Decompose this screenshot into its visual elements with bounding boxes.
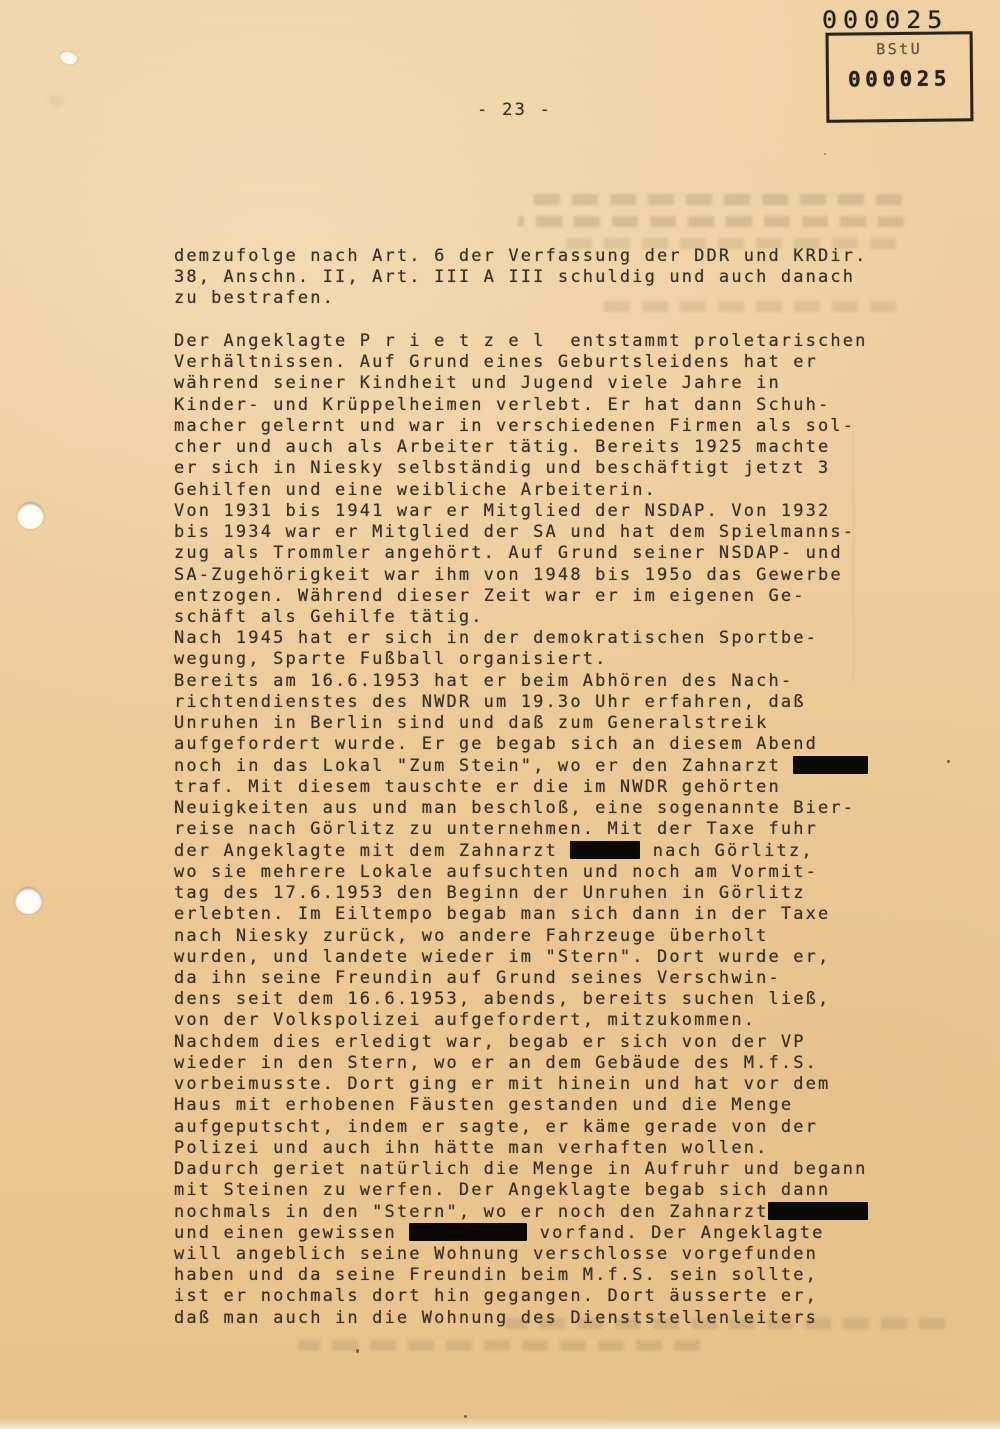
scanned-document-page: 000025 BStU 000025 - 23 - demzufolge nac… [0, 0, 1000, 1429]
text-line: Neuigkeiten aus und man beschloß, eine s… [174, 798, 894, 819]
text-segment: aufgefordert wurde. Er ge begab sich an … [174, 734, 818, 754]
text-segment: Kinder- und Krüppelheimen verlebt. Er ha… [174, 395, 830, 415]
text-line: Kinder- und Krüppelheimen verlebt. Er ha… [174, 395, 894, 416]
text-segment: entzogen. Während dieser Zeit war er im … [174, 586, 806, 606]
text-line: mit Steinen zu werfen. Der Angeklagte be… [174, 1180, 894, 1201]
text-segment: wo sie mehrere Lokale aufsuchten und noc… [174, 862, 818, 882]
text-segment: richtendienstes des NWDR um 19.3o Uhr er… [174, 692, 806, 712]
text-line: der Angeklagte mit dem Zahnarzt nach Gör… [174, 841, 894, 862]
text-segment: Verhältnissen. Auf Grund eines Geburtsle… [174, 352, 818, 372]
text-line: er sich in Niesky selbständig und beschä… [174, 458, 894, 479]
text-segment: während seiner Kindheit und Jugend viele… [174, 373, 781, 393]
text-segment: Von 1931 bis 1941 war er Mitglied der NS… [174, 501, 830, 521]
text-segment: Nachdem dies erledigt war, begab er sich… [174, 1032, 806, 1052]
text-line: nochmals in den "Stern", wo er noch den … [174, 1202, 894, 1223]
text-segment: Polizei und auch ihn hätte man verhaften… [174, 1138, 768, 1158]
text-line: dens seit dem 16.6.1953, abends, bereits… [174, 989, 894, 1010]
archive-number-stamp: 000025 [822, 6, 982, 34]
text-line: Nachdem dies erledigt war, begab er sich… [174, 1032, 894, 1053]
text-line: Haus mit erhobenen Fäusten gestanden und… [174, 1095, 894, 1116]
text-line: tag des 17.6.1953 den Beginn der Unruhen… [174, 883, 894, 904]
paper-tear [58, 49, 78, 67]
text-segment: Haus mit erhobenen Fäusten gestanden und… [174, 1095, 793, 1115]
text-line: Der Angeklagte P r i e t z e l entstammt… [174, 331, 894, 352]
text-line: SA-Zugehörigkeit war ihm von 1948 bis 19… [174, 565, 894, 586]
text-line: aufgeputscht, indem er sagte, er käme ge… [174, 1117, 894, 1138]
ink-speck [947, 760, 950, 763]
text-line: Bereits am 16.6.1953 hat er beim Abhören… [174, 671, 894, 692]
text-segment: wegung, Sparte Fußball organisiert. [174, 649, 607, 669]
text-line: erlebten. Im Eiltempo begab man sich dan… [174, 904, 894, 925]
text-line: bis 1934 war er Mitglied der SA und hat … [174, 522, 894, 543]
text-segment: Dadurch geriet natürlich die Menge in Au… [174, 1159, 868, 1179]
text-line: nach Niesky zurück, wo andere Fahrzeuge … [174, 926, 894, 947]
text-segment: bis 1934 war er Mitglied der SA und hat … [174, 522, 855, 542]
text-segment: dens seit dem 16.6.1953, abends, bereits… [174, 989, 830, 1009]
bstu-stamp-box: BStU 000025 [826, 31, 974, 123]
text-line: während seiner Kindheit und Jugend viele… [174, 373, 894, 394]
text-segment: reise nach Görlitz zu unternehmen. Mit d… [174, 819, 818, 839]
text-line: will angeblich seine Wohnung verschlosse… [174, 1244, 894, 1265]
bstu-stamp-number: 000025 [829, 66, 970, 91]
text-segment: tag des 17.6.1953 den Beginn der Unruhen… [174, 883, 806, 903]
text-line: Unruhen in Berlin sind und daß zum Gener… [174, 713, 894, 734]
text-segment: wurden, und landete wieder im "Stern". D… [174, 947, 830, 967]
text-line: Verhältnissen. Auf Grund eines Geburtsle… [174, 352, 894, 373]
text-segment: der Angeklagte mit dem Zahnarzt [174, 841, 570, 861]
text-segment: daß man auch in die Wohnung des Dienstst… [174, 1308, 818, 1328]
text-segment: demzufolge nach Art. 6 der Verfassung de… [174, 246, 868, 266]
text-line: wegung, Sparte Fußball organisiert. [174, 649, 894, 670]
hole-punch [15, 887, 42, 914]
text-line: ist er nochmals dort hin gegangen. Dort … [174, 1286, 894, 1307]
text-line: haben und da seine Freundin beim M.f.S. … [174, 1265, 894, 1286]
text-line: schäft als Gehilfe tätig. [174, 607, 894, 628]
redaction-bar [409, 1223, 527, 1241]
text-segment: zug als Trommler angehört. Auf Grund sei… [174, 543, 843, 563]
text-line: wurden, und landete wieder im "Stern". D… [174, 947, 894, 968]
text-line: von der Volkspolizei aufgefordert, mitzu… [174, 1010, 894, 1031]
text-segment: nach Görlitz, [640, 841, 813, 861]
text-segment: mit Steinen zu werfen. Der Angeklagte be… [174, 1180, 830, 1200]
text-segment: Neuigkeiten aus und man beschloß, eine s… [174, 798, 855, 818]
text-line: Gehilfen und eine weibliche Arbeiterin. [174, 480, 894, 501]
text-line: zug als Trommler angehört. Auf Grund sei… [174, 543, 894, 564]
redaction-bar [793, 756, 868, 774]
text-line: Nach 1945 hat er sich in der demokratisc… [174, 628, 894, 649]
text-segment: vorfand. Der Angeklagte [527, 1223, 824, 1243]
text-segment: noch in das Lokal "Zum Stein", wo er den… [174, 756, 793, 776]
text-line: richtendienstes des NWDR um 19.3o Uhr er… [174, 692, 894, 713]
text-line: Polizei und auch ihn hätte man verhaften… [174, 1138, 894, 1159]
text-segment: aufgeputscht, indem er sagte, er käme ge… [174, 1117, 818, 1137]
hole-punch [17, 502, 44, 529]
text-segment: ist er nochmals dort hin gegangen. Dort … [174, 1286, 818, 1306]
text-line: vorbeimusste. Dort ging er mit hinein un… [174, 1074, 894, 1095]
bstu-stamp-agency-label: BStU [829, 39, 970, 58]
text-line: wo sie mehrere Lokale aufsuchten und noc… [174, 862, 894, 883]
text-line: zu bestrafen. [174, 288, 894, 309]
text-segment: schäft als Gehilfe tätig. [174, 607, 484, 627]
redaction-bar [570, 841, 640, 859]
text-segment: macher gelernt und war in verschiedenen … [174, 416, 855, 436]
text-segment: nochmals in den "Stern", wo er noch den … [174, 1202, 768, 1222]
text-line: daß man auch in die Wohnung des Dienstst… [174, 1308, 894, 1329]
text-segment: Gehilfen und eine weibliche Arbeiterin. [174, 480, 657, 500]
text-segment: erlebten. Im Eiltempo begab man sich dan… [174, 904, 830, 924]
text-line: entzogen. Während dieser Zeit war er im … [174, 586, 894, 607]
ink-speck [356, 1349, 359, 1353]
text-segment: Nach 1945 hat er sich in der demokratisc… [174, 628, 818, 648]
text-line: aufgefordert wurde. Er ge begab sich an … [174, 734, 894, 755]
text-line: traf. Mit diesem tauschte er die im NWDR… [174, 777, 894, 798]
text-segment: und einen gewissen [174, 1223, 409, 1243]
bleed-through-text [530, 194, 902, 205]
text-segment: haben und da seine Freundin beim M.f.S. … [174, 1265, 818, 1285]
text-line: macher gelernt und war in verschiedenen … [174, 416, 894, 437]
page-number: - 23 - [477, 100, 552, 120]
text-segment: zu bestrafen. [174, 288, 335, 308]
bleed-through-text [518, 216, 904, 227]
redaction-bar [768, 1202, 868, 1220]
text-line: 38, Anschn. II, Art. III A III schuldig … [174, 267, 894, 288]
ink-speck [464, 1415, 467, 1418]
text-line: Dadurch geriet natürlich die Menge in Au… [174, 1159, 894, 1180]
text-segment: nach Niesky zurück, wo andere Fahrzeuge … [174, 926, 768, 946]
text-line: noch in das Lokal "Zum Stein", wo er den… [174, 756, 894, 777]
text-segment: da ihn seine Freundin auf Grund seines V… [174, 968, 781, 988]
text-line: reise nach Görlitz zu unternehmen. Mit d… [174, 819, 894, 840]
text-segment: cher und auch als Arbeiter tätig. Bereit… [174, 437, 830, 457]
text-line: cher und auch als Arbeiter tätig. Bereit… [174, 437, 894, 458]
text-line: Von 1931 bis 1941 war er Mitglied der NS… [174, 501, 894, 522]
text-segment: Unruhen in Berlin sind und daß zum Gener… [174, 713, 768, 733]
text-segment: er sich in Niesky selbständig und beschä… [174, 458, 830, 478]
text-segment: traf. Mit diesem tauschte er die im NWDR… [174, 777, 781, 797]
text-line: wieder in den Stern, wo er an dem Gebäud… [174, 1053, 894, 1074]
text-segment: vorbeimusste. Dort ging er mit hinein un… [174, 1074, 830, 1094]
typewritten-text: demzufolge nach Art. 6 der Verfassung de… [174, 246, 894, 1329]
text-segment: will angeblich seine Wohnung verschlosse… [174, 1244, 818, 1264]
text-segment: von der Volkspolizei aufgefordert, mitzu… [174, 1010, 756, 1030]
text-segment: Der Angeklagte P r i e t z e l entstammt… [174, 331, 868, 351]
text-line: da ihn seine Freundin auf Grund seines V… [174, 968, 894, 989]
text-segment: SA-Zugehörigkeit war ihm von 1948 bis 19… [174, 565, 843, 585]
ink-speck [824, 153, 826, 155]
text-segment: Bereits am 16.6.1953 hat er beim Abhören… [174, 671, 793, 691]
text-line: und einen gewissen vorfand. Der Angeklag… [174, 1223, 894, 1244]
text-segment: wieder in den Stern, wo er an dem Gebäud… [174, 1053, 818, 1073]
text-segment: 38, Anschn. II, Art. III A III schuldig … [174, 267, 855, 287]
text-line: demzufolge nach Art. 6 der Verfassung de… [174, 246, 894, 267]
